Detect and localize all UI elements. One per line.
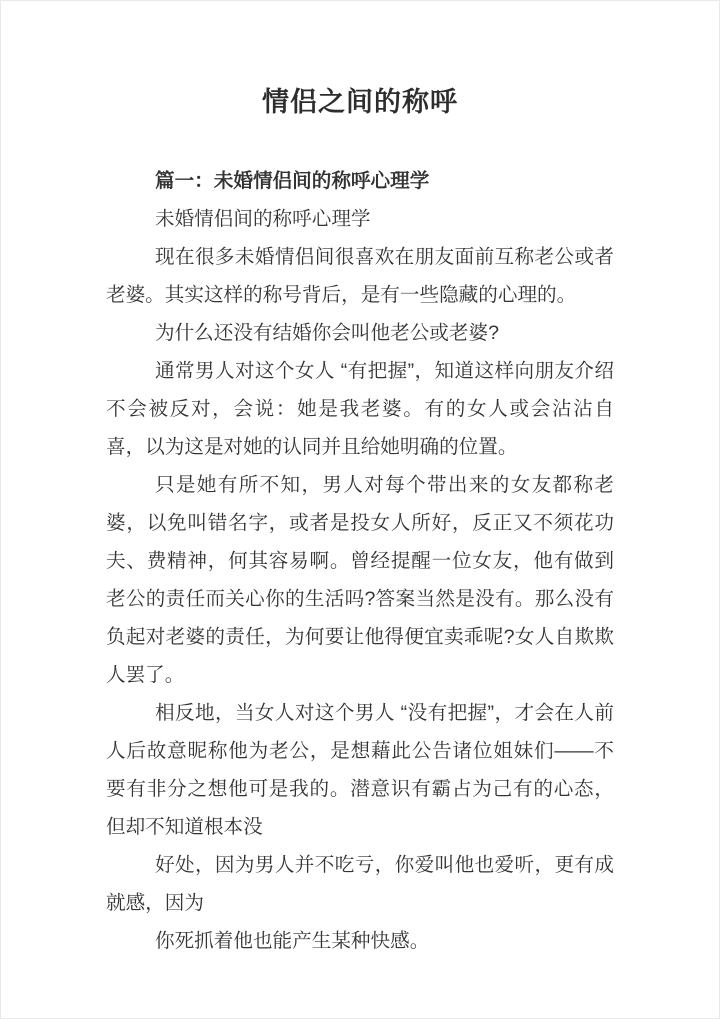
- document-page: 情侣之间的称呼 篇一：未婚情侣间的称呼心理学未婚情侣间的称呼心理学现在很多未婚情…: [0, 0, 720, 1019]
- document-title: 情侣之间的称呼: [106, 83, 614, 121]
- paragraph: 为什么还没有结婚你会叫他老公或老婆?: [106, 314, 614, 352]
- paragraph: 现在很多未婚情侣间很喜欢在朋友面前互称老公或者老婆。其实这样的称号背后，是有一些…: [106, 238, 614, 314]
- paragraph: 未婚情侣间的称呼心理学: [106, 200, 614, 238]
- paragraph: 篇一：未婚情侣间的称呼心理学: [106, 162, 614, 200]
- paragraph: 相反地，当女人对这个男人 “没有把握”，才会在人前人后故意昵称他为老公，是想藉此…: [106, 694, 614, 846]
- paragraph: 你死抓着他也能产生某种快感。: [106, 922, 614, 960]
- paragraph: 只是她有所不知，男人对每个带出来的女友都称老婆，以免叫错名字，或者是投女人所好，…: [106, 466, 614, 694]
- document-body: 篇一：未婚情侣间的称呼心理学未婚情侣间的称呼心理学现在很多未婚情侣间很喜欢在朋友…: [106, 162, 614, 960]
- paragraph: 通常男人对这个女人 “有把握”，知道这样向朋友介绍不会被反对，会说：她是我老婆。…: [106, 352, 614, 466]
- paragraph: 好处，因为男人并不吃亏，你爱叫他也爱听，更有成就感，因为: [106, 846, 614, 922]
